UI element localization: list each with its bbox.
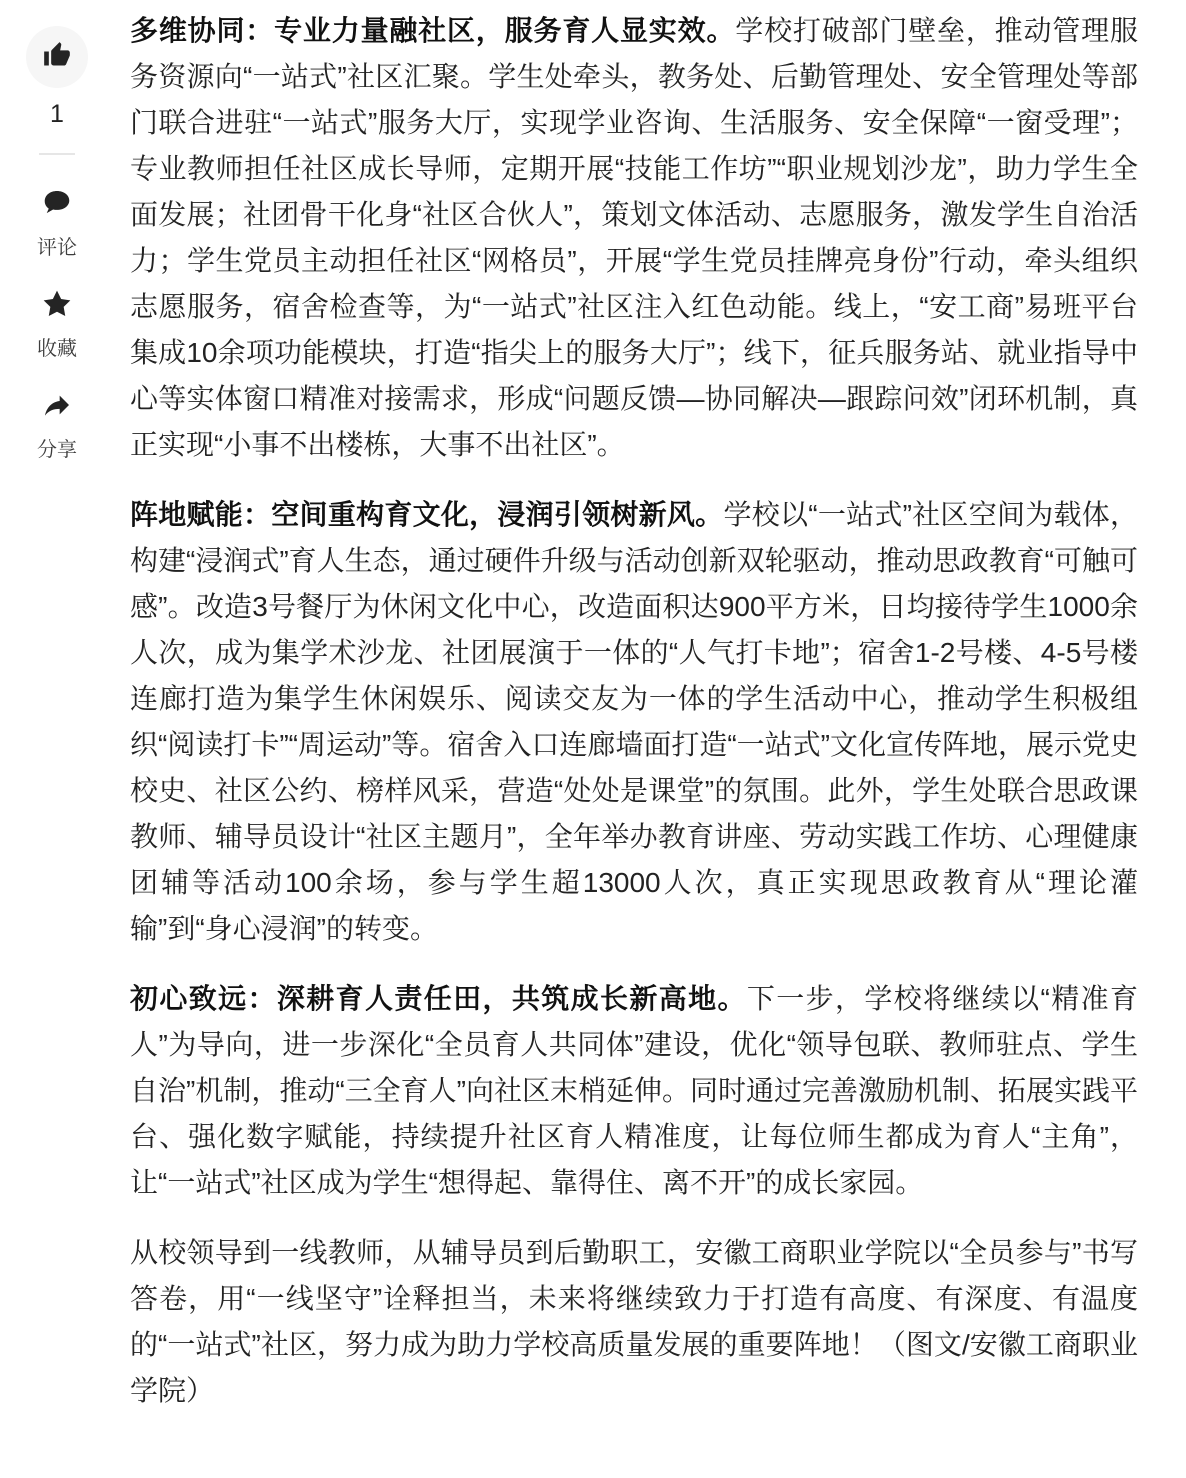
paragraph-3-lead: 初心致远：深耕育人责任田，共筑成长新高地。 — [130, 983, 747, 1014]
article-paragraph-4: 从校领导到一线教师，从辅导员到后勤职工，安徽工商职业学院以“全员参与”书写答卷，… — [130, 1230, 1138, 1414]
like-button[interactable] — [26, 26, 88, 88]
share-icon — [41, 389, 73, 426]
share-button[interactable]: 分享 — [37, 389, 77, 462]
paragraph-4-text: 从校领导到一线教师，从辅导员到后勤职工，安徽工商职业学院以“全员参与”书写答卷，… — [130, 1237, 1138, 1406]
share-label: 分享 — [37, 433, 77, 462]
sidebar-divider — [39, 153, 75, 155]
article-body: 多维协同：专业力量融社区，服务育人显实效。学校打破部门壁垒，推动管理服务资源向“… — [130, 0, 1186, 1478]
paragraph-2-lead: 阵地赋能：空间重构育文化，浸润引领树新风。 — [130, 499, 723, 530]
comment-icon — [41, 187, 73, 224]
article-paragraph-1: 多维协同：专业力量融社区，服务育人显实效。学校打破部门壁垒，推动管理服务资源向“… — [130, 8, 1138, 468]
star-icon — [41, 288, 73, 325]
paragraph-1-lead: 多维协同：专业力量融社区，服务育人显实效。 — [130, 15, 735, 46]
thumbs-up-icon — [43, 41, 71, 74]
paragraph-1-text: 学校打破部门壁垒，推动管理服务资源向“一站式”社区汇聚。学生处牵头，教务处、后勤… — [130, 15, 1138, 460]
article-paragraph-2: 阵地赋能：空间重构育文化，浸润引领树新风。学校以“一站式”社区空间为载体，构建“… — [130, 492, 1138, 952]
comment-label: 评论 — [37, 231, 77, 260]
engagement-sidebar: 1 评论 收藏 — [0, 0, 130, 462]
like-count: 1 — [50, 100, 64, 129]
article-page: 1 评论 收藏 — [0, 0, 1186, 1478]
favorite-button[interactable]: 收藏 — [37, 288, 77, 361]
paragraph-3-text: 下一步，学校将继续以“精准育人”为导向，进一步深化“全员育人共同体”建设，优化“… — [130, 983, 1138, 1198]
paragraph-2-text: 学校以“一站式”社区空间为载体，构建“浸润式”育人生态，通过硬件升级与活动创新双… — [130, 499, 1138, 944]
comment-button[interactable]: 评论 — [37, 187, 77, 260]
favorite-label: 收藏 — [37, 332, 77, 361]
article-paragraph-3: 初心致远：深耕育人责任田，共筑成长新高地。下一步，学校将继续以“精准育人”为导向… — [130, 976, 1138, 1206]
